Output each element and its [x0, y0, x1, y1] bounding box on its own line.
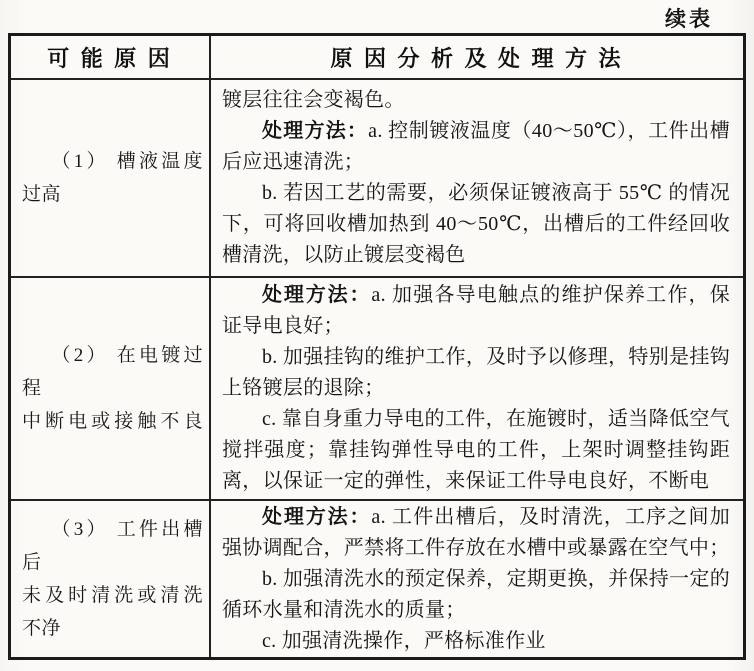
method-label: 处理方法： — [262, 120, 368, 142]
header-possible-cause: 可 能 原 因 — [11, 36, 209, 80]
method-label: 处理方法： — [262, 284, 371, 306]
troubleshooting-table: 可 能 原 因 原 因 分 析 及 处 理 方 法 （1） 槽液温度过高 镀层往… — [8, 33, 746, 660]
paragraph-text: 镀层往往会变褐色。 — [222, 89, 405, 111]
cause-line: 不净 — [22, 612, 203, 645]
paragraph-text: b. 加强清洗水的预定保养，定期更换，并保持一定的循环水量和清洗水的质量； — [222, 568, 730, 621]
analysis-paragraph: b. 加强挂钩的维护工作，及时予以修理，特别是挂钩上铬镀层的退除； — [222, 342, 730, 404]
analysis-cell-3: 处理方法：a. 工件出槽后，及时清洗，工序之间加强协调配合，严禁将工件存放在水槽… — [209, 501, 743, 657]
analysis-cell-2: 处理方法：a. 加强各导电触点的维护保养工作，保证导电良好； b. 加强挂钩的维… — [209, 278, 743, 501]
analysis-paragraph: 处理方法：a. 控制镀液温度（40～50℃），工件出槽后应迅速清洗； — [222, 116, 730, 178]
cause-cell-3: （3） 工件出槽后 未及时清洗或清洗 不净 — [11, 501, 209, 657]
cause-cell-1: （1） 槽液温度过高 — [11, 80, 209, 278]
paragraph-text: c. 加强清洗操作，严格标准作业 — [262, 630, 546, 652]
paragraph-text: c. 靠自身重力导电的工件，在施镀时，适当降低空气搅拌强度；靠挂钩弹性导电的工件… — [222, 408, 730, 492]
cause-line: （2） 在电镀过程 — [22, 339, 203, 405]
analysis-paragraph: 镀层往往会变褐色。 — [222, 85, 730, 116]
paragraph-text: b. 加强挂钩的维护工作，及时予以修理，特别是挂钩上铬镀层的退除； — [222, 346, 730, 399]
method-label: 处理方法： — [262, 506, 371, 528]
cause-line: 未及时清洗或清洗 — [22, 579, 203, 612]
cause-line: （3） 工件出槽后 — [22, 513, 203, 579]
analysis-cell-1: 镀层往往会变褐色。 处理方法：a. 控制镀液温度（40～50℃），工件出槽后应迅… — [209, 80, 743, 278]
analysis-paragraph: b. 加强清洗水的预定保养，定期更换，并保持一定的循环水量和清洗水的质量； — [222, 564, 730, 626]
analysis-paragraph: c. 加强清洗操作，严格标准作业 — [222, 626, 730, 657]
analysis-paragraph: c. 靠自身重力导电的工件，在施镀时，适当降低空气搅拌强度；靠挂钩弹性导电的工件… — [222, 404, 730, 497]
paragraph-text: b. 若因工艺的需要，必须保证镀液高于 55℃ 的情况下，可将回收槽加热到 40… — [222, 182, 730, 266]
header-cause-analysis-treatment: 原 因 分 析 及 处 理 方 法 — [209, 36, 743, 80]
cause-cell-2: （2） 在电镀过程 中断电或接触不良 — [11, 278, 209, 501]
continued-table-label: 续表 — [665, 3, 713, 33]
analysis-paragraph: b. 若因工艺的需要，必须保证镀液高于 55℃ 的情况下，可将回收槽加热到 40… — [222, 178, 730, 271]
analysis-paragraph: 处理方法：a. 加强各导电触点的维护保养工作，保证导电良好； — [222, 280, 730, 342]
cause-line: 中断电或接触不良 — [22, 405, 203, 438]
cause-line: （1） 槽液温度过高 — [22, 145, 203, 211]
analysis-paragraph: 处理方法：a. 工件出槽后，及时清洗，工序之间加强协调配合，严禁将工件存放在水槽… — [222, 502, 730, 564]
scanned-document-page: 续表 可 能 原 因 原 因 分 析 及 处 理 方 法 （1） 槽液温度过高 … — [0, 0, 754, 671]
